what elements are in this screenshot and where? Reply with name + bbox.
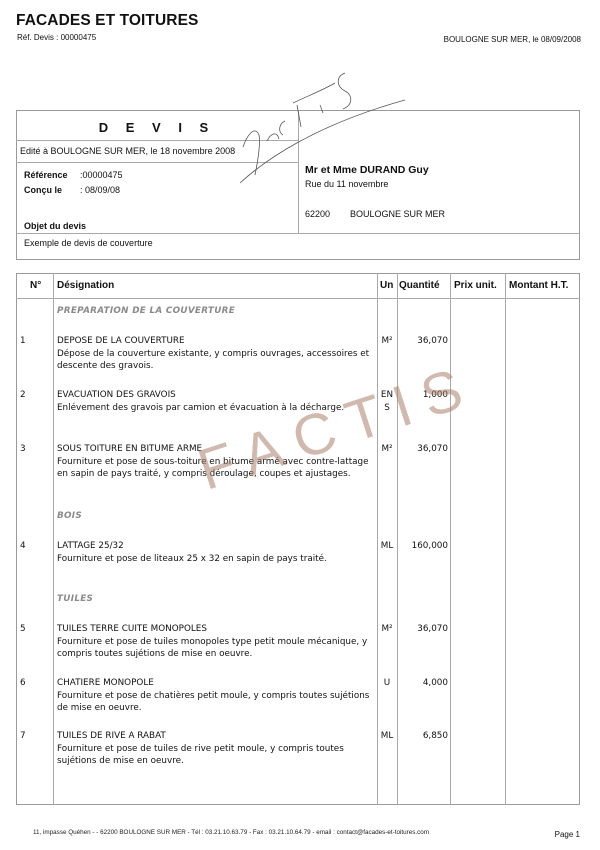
reference-label: Référence xyxy=(24,170,68,180)
row-designation: TUILES DE RIVE A RABAT Fourniture et pos… xyxy=(57,730,372,768)
row-number: 7 xyxy=(20,730,26,743)
row-title: LATTAGE 25/32 xyxy=(57,540,372,553)
row-unit: M² xyxy=(377,623,397,636)
table-column-divider xyxy=(450,273,451,805)
place-and-date: BOULOGNE SUR MER, le 08/09/2008 xyxy=(444,35,581,44)
row-designation: TUILES TERRE CUITE MONOPOLES Fourniture … xyxy=(57,623,372,661)
company-name: FACADES ET TOITURES xyxy=(16,12,198,30)
table-column-divider xyxy=(53,273,54,805)
section-title: BOIS xyxy=(57,511,82,521)
row-quantity: 36,070 xyxy=(396,623,448,636)
quote-reference-header: Réf. Devis : 00000475 xyxy=(17,33,96,42)
row-number: 6 xyxy=(20,677,26,690)
footer-address: 11, impasse Quéhen - - 62200 BOULOGNE SU… xyxy=(33,829,429,836)
row-designation: CHATIERE MONOPOLE Fourniture et pose de … xyxy=(57,677,372,715)
table-column-divider xyxy=(505,273,506,805)
column-header-quantity: Quantité xyxy=(399,280,440,291)
row-number: 4 xyxy=(20,540,26,553)
quote-object-value: Exemple de devis de couverture xyxy=(24,238,153,248)
row-quantity: 36,070 xyxy=(396,443,448,456)
row-unit: M² xyxy=(377,335,397,348)
row-number: 3 xyxy=(20,443,26,456)
column-header-unit: Un xyxy=(380,280,393,291)
row-number: 5 xyxy=(20,623,26,636)
designed-date-label: Conçu le xyxy=(24,185,62,195)
row-title: TUILES DE RIVE A RABAT xyxy=(57,730,372,743)
client-zip: 62200 xyxy=(305,209,330,219)
client-city: BOULOGNE SUR MER xyxy=(350,209,445,219)
row-description: Dépose de la couverture existante, y com… xyxy=(57,348,372,373)
row-description: Fourniture et pose de liteaux 25 x 32 en… xyxy=(57,553,372,566)
reference-value: :00000475 xyxy=(80,170,123,180)
table-column-divider xyxy=(377,273,378,805)
column-header-designation: Désignation xyxy=(57,280,114,291)
page-number: Page 1 xyxy=(555,830,580,839)
row-description: Fourniture et pose de chatières petit mo… xyxy=(57,690,372,715)
frame-divider xyxy=(16,233,580,234)
section-title: PREPARATION DE LA COUVERTURE xyxy=(57,306,235,316)
row-number: 2 xyxy=(20,389,26,402)
row-designation: LATTAGE 25/32 Fourniture et pose de lite… xyxy=(57,540,372,565)
row-quantity: 6,850 xyxy=(396,730,448,743)
row-number: 1 xyxy=(20,335,26,348)
row-unit: ML xyxy=(377,540,397,553)
row-designation: DEPOSE DE LA COUVERTURE Dépose de la cou… xyxy=(57,335,372,373)
column-header-amount: Montant H.T. xyxy=(509,280,568,291)
table-column-divider xyxy=(397,273,398,805)
row-unit: U xyxy=(377,677,397,690)
edited-line: Edité à BOULOGNE SUR MER, le 18 novembre… xyxy=(20,146,235,156)
column-header-unit-price: Prix unit. xyxy=(454,280,497,291)
designed-date-value: : 08/09/08 xyxy=(80,185,120,195)
row-quantity: 4,000 xyxy=(396,677,448,690)
column-header-num: N° xyxy=(30,280,41,291)
row-title: DEPOSE DE LA COUVERTURE xyxy=(57,335,372,348)
row-quantity: 36,070 xyxy=(396,335,448,348)
quote-object-label: Objet du devis xyxy=(24,221,86,231)
section-title: TUILES xyxy=(57,594,93,604)
table-header-divider xyxy=(16,298,580,299)
row-quantity: 160,000 xyxy=(396,540,448,553)
row-title: TUILES TERRE CUITE MONOPOLES xyxy=(57,623,372,636)
row-description: Fourniture et pose de tuiles de rive pet… xyxy=(57,743,372,768)
row-unit: ML xyxy=(377,730,397,743)
handwritten-signature-icon xyxy=(225,65,415,205)
row-description: Fourniture et pose de tuiles monopoles t… xyxy=(57,636,372,661)
row-title: CHATIERE MONOPOLE xyxy=(57,677,372,690)
